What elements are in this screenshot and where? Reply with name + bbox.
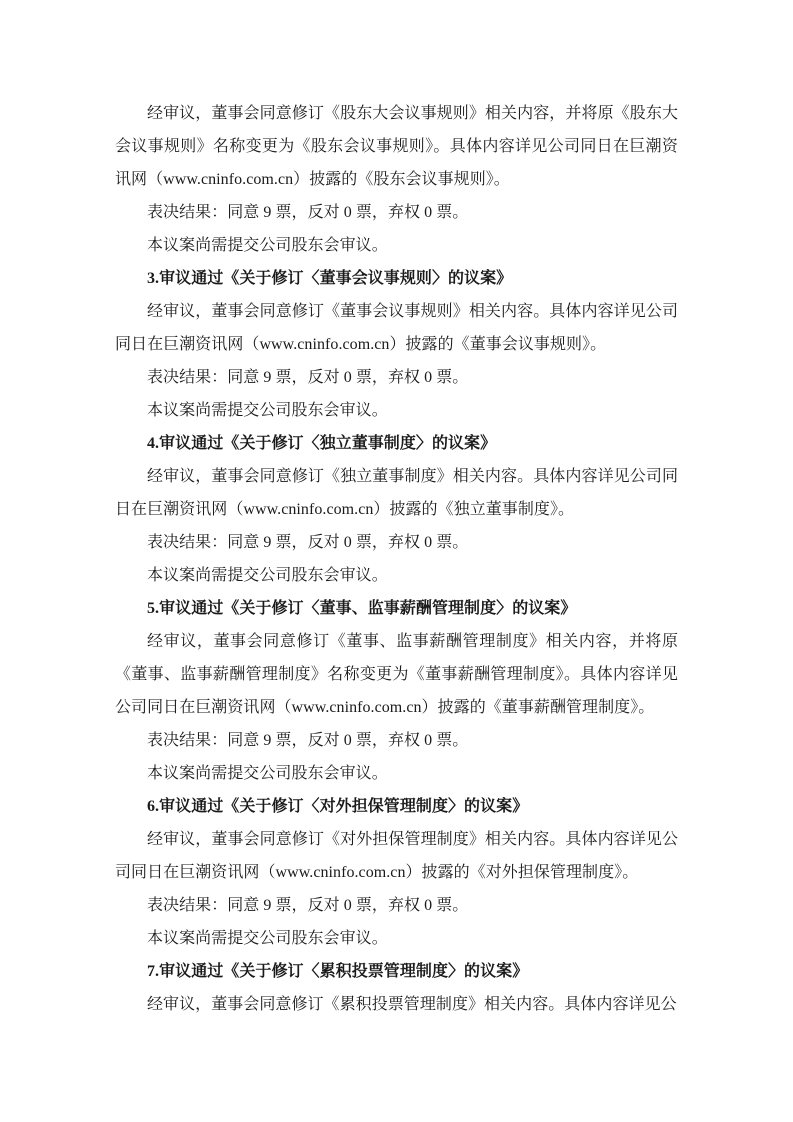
body-paragraph: 经审议，董事会同意修订《独立董事制度》相关内容。具体内容详见公司同日在巨潮资讯网… xyxy=(115,460,678,526)
body-paragraph: 表决结果：同意 9 票，反对 0 票，弃权 0 票。 xyxy=(115,526,678,559)
body-paragraph: 表决结果：同意 9 票，反对 0 票，弃权 0 票。 xyxy=(115,724,678,757)
body-paragraph: 本议案尚需提交公司股东会审议。 xyxy=(115,922,678,955)
agenda-item-heading: 4.审议通过《关于修订〈独立董事制度〉的议案》 xyxy=(115,427,678,460)
agenda-item-heading: 6.审议通过《关于修订〈对外担保管理制度〉的议案》 xyxy=(115,790,678,823)
body-paragraph: 经审议，董事会同意修订《股东大会议事规则》相关内容，并将原《股东大会议事规则》名… xyxy=(115,97,678,196)
body-paragraph: 经审议，董事会同意修订《累积投票管理制度》相关内容。具体内容详见公 xyxy=(115,988,678,1021)
body-paragraph: 本议案尚需提交公司股东会审议。 xyxy=(115,559,678,592)
body-paragraph: 表决结果：同意 9 票，反对 0 票，弃权 0 票。 xyxy=(115,889,678,922)
body-paragraph: 本议案尚需提交公司股东会审议。 xyxy=(115,229,678,262)
body-paragraph: 表决结果：同意 9 票，反对 0 票，弃权 0 票。 xyxy=(115,196,678,229)
body-paragraph: 经审议，董事会同意修订《董事、监事薪酬管理制度》相关内容，并将原《董事、监事薪酬… xyxy=(115,625,678,724)
agenda-item-heading: 5.审议通过《关于修订〈董事、监事薪酬管理制度〉的议案》 xyxy=(115,592,678,625)
body-paragraph: 表决结果：同意 9 票，反对 0 票，弃权 0 票。 xyxy=(115,361,678,394)
agenda-item-heading: 7.审议通过《关于修订〈累积投票管理制度〉的议案》 xyxy=(115,955,678,988)
body-paragraph: 本议案尚需提交公司股东会审议。 xyxy=(115,394,678,427)
body-paragraph: 本议案尚需提交公司股东会审议。 xyxy=(115,757,678,790)
agenda-item-heading: 3.审议通过《关于修订〈董事会议事规则〉的议案》 xyxy=(115,262,678,295)
body-paragraph: 经审议，董事会同意修订《对外担保管理制度》相关内容。具体内容详见公司同日在巨潮资… xyxy=(115,823,678,889)
document-page: 经审议，董事会同意修订《股东大会议事规则》相关内容，并将原《股东大会议事规则》名… xyxy=(0,0,793,1122)
document-text-area: 经审议，董事会同意修订《股东大会议事规则》相关内容，并将原《股东大会议事规则》名… xyxy=(115,97,678,1021)
body-paragraph: 经审议，董事会同意修订《董事会议事规则》相关内容。具体内容详见公司同日在巨潮资讯… xyxy=(115,295,678,361)
